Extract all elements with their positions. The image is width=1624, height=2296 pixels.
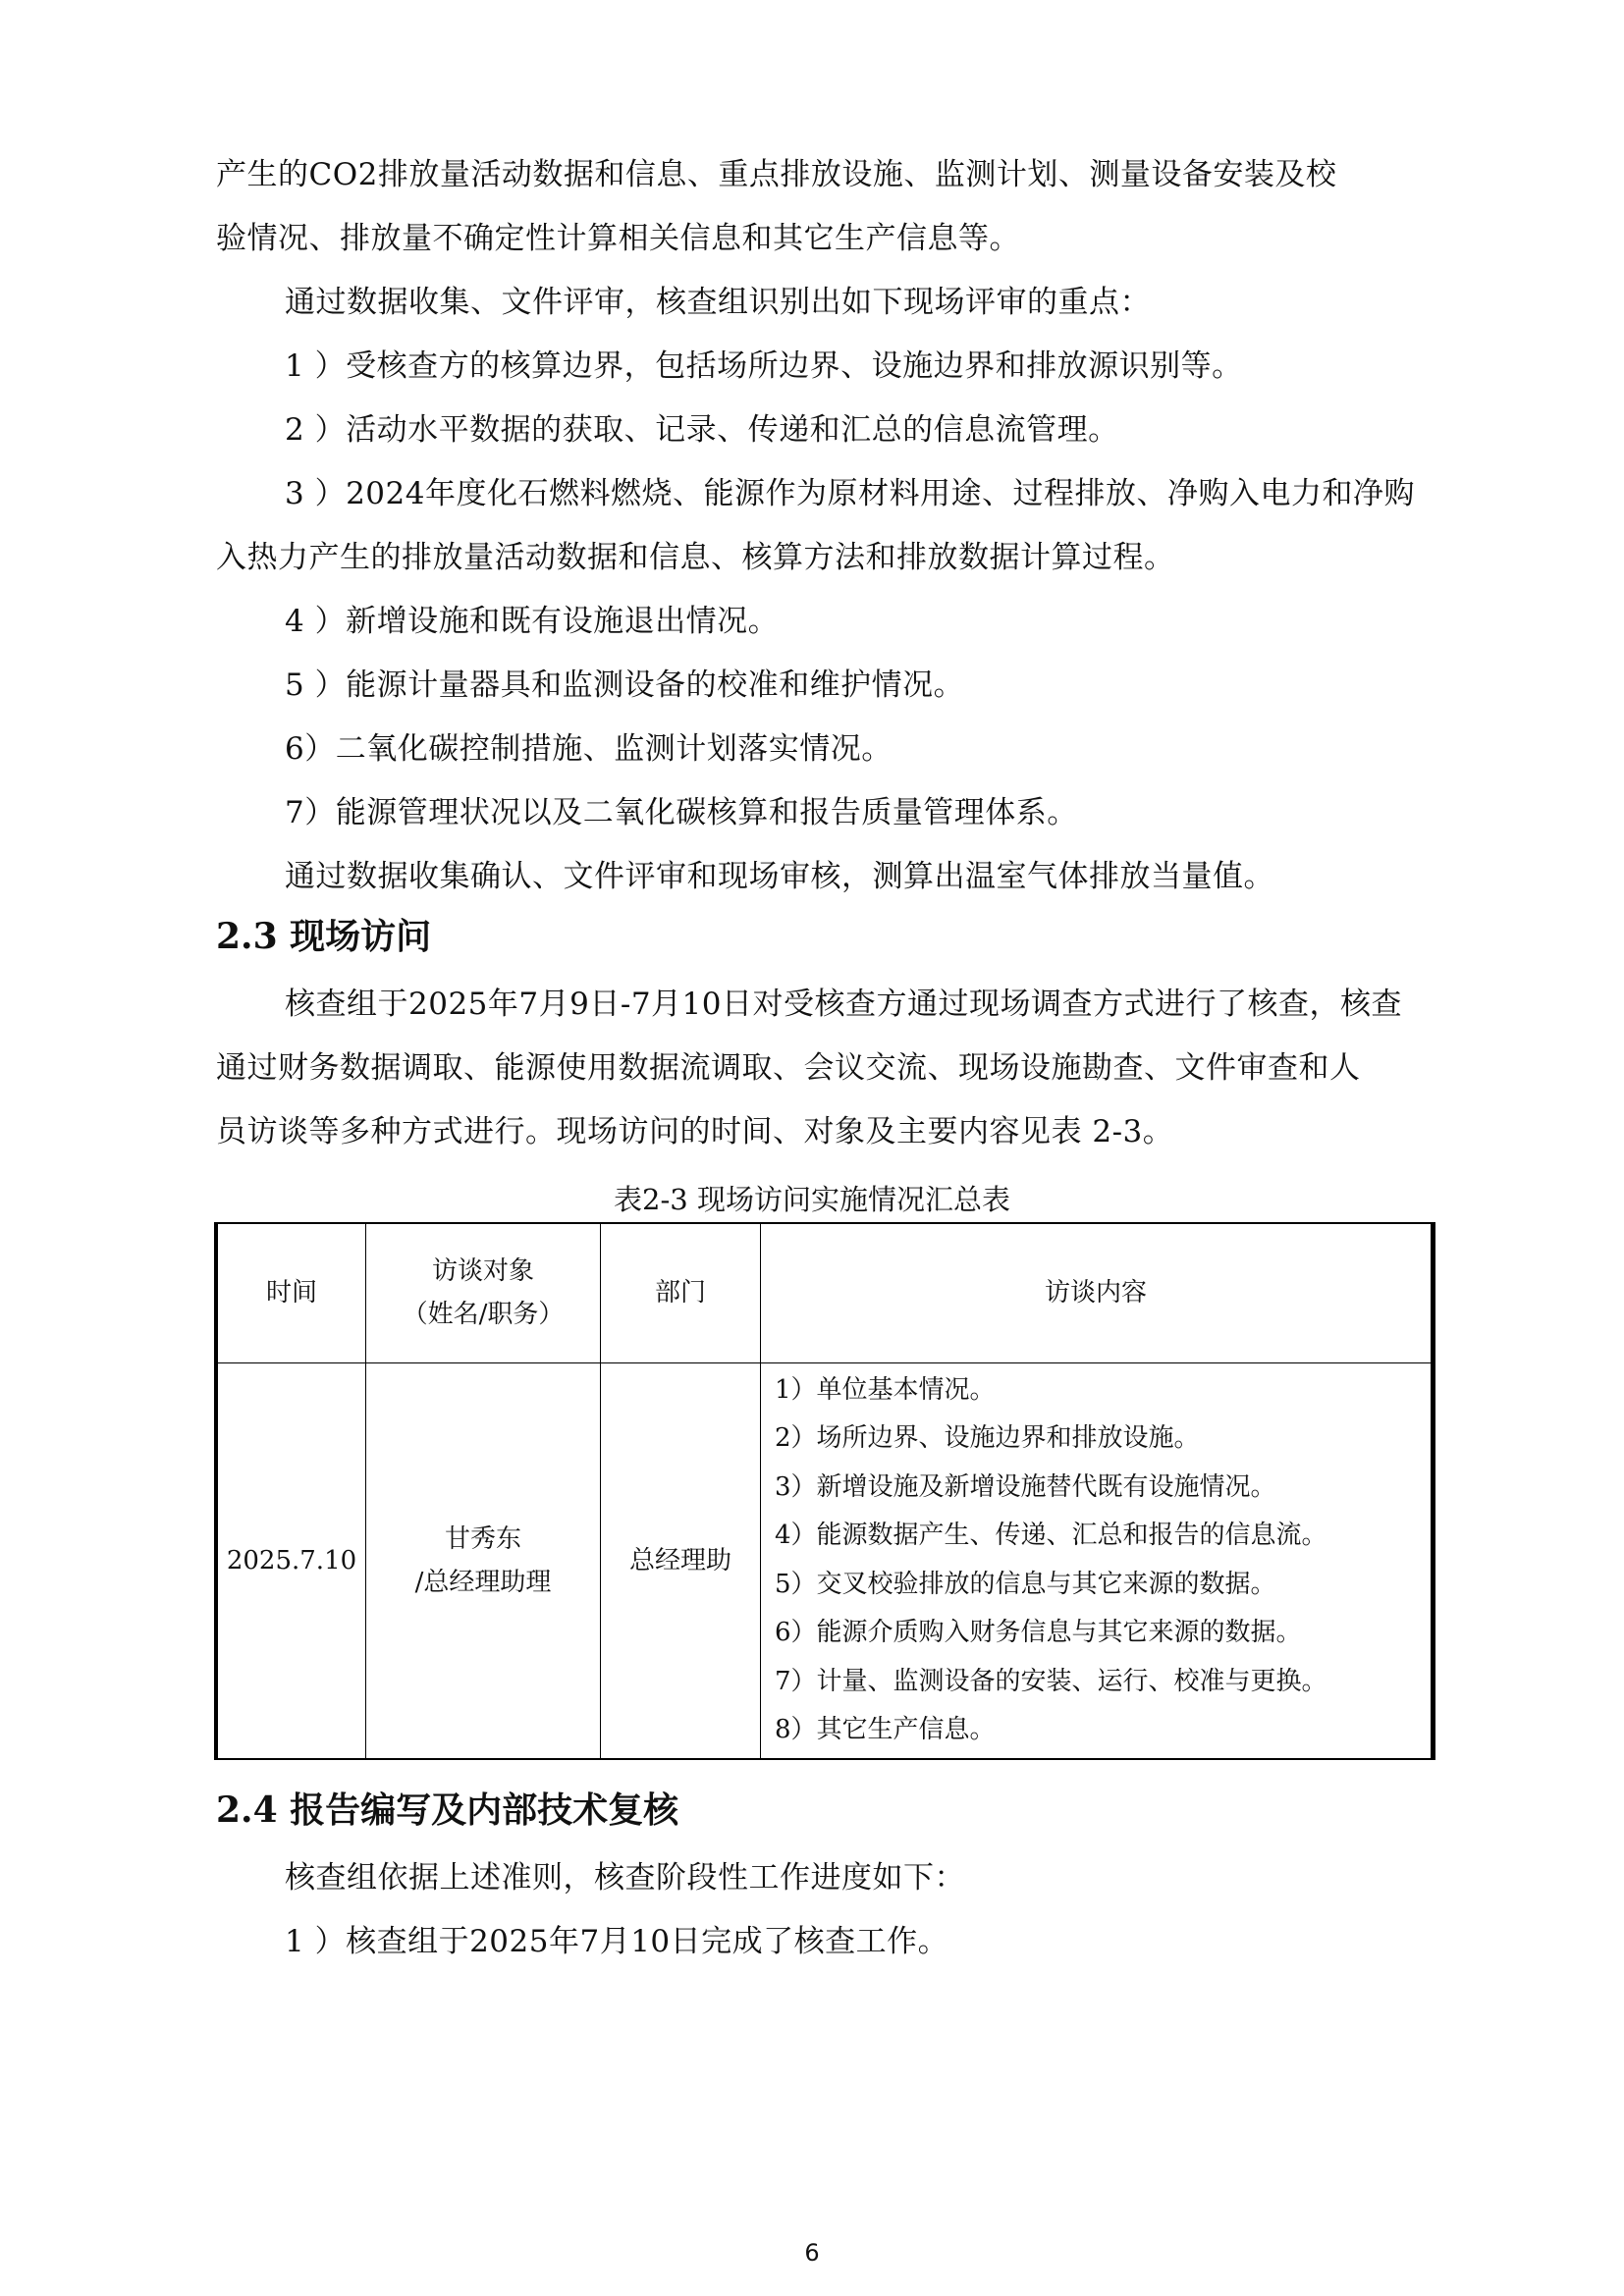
table-header-row: 时间 访谈对象 （姓名/职务） 部门 访谈内容 [216,1223,1434,1362]
time-value: 2025.7.10 [227,1546,356,1575]
interviewee-title: /总经理助理 [366,1561,600,1604]
section-heading: 2.4 报告编写及内部技术复核 [216,1789,678,1832]
list-item: 6）二氧化碳控制措施、监测计划落实情况。 [285,729,1502,769]
interviewee-name: 甘秀东 [366,1518,600,1561]
header-interviewee-label: 访谈对象 [366,1250,600,1293]
content-item: 7）计量、监测设备的安装、运行、校准与更换。 [775,1658,1431,1707]
paragraph-line: 通过数据收集确认、文件评审和现场审核，测算出温室气体排放当量值。 [285,857,1502,896]
site-visit-table: 时间 访谈对象 （姓名/职务） 部门 访谈内容 2025.7.10 甘秀东 /总… [214,1222,1435,1760]
paragraph-line: 产生的CO2排放量活动数据和信息、重点排放设施、监测计划、测量设备安装及校 [216,155,1434,194]
department-value: 总经理助 [629,1546,731,1575]
list-item: 1 ）受核查方的核算边界，包括场所边界、设施边界和排放源识别等。 [285,347,1502,386]
cell-department: 总经理助 [601,1362,761,1759]
section-heading: 2.3 现场访问 [216,915,431,958]
header-interviewee: 访谈对象 （姓名/职务） [366,1223,601,1362]
header-time: 时间 [216,1223,366,1362]
paragraph-line: 员访谈等多种方式进行。现场访问的时间、对象及主要内容见表 2-3。 [216,1112,1434,1151]
content-item: 5）交叉校验排放的信息与其它来源的数据。 [775,1561,1431,1610]
content-item: 3）新增设施及新增设施替代既有设施情况。 [775,1464,1431,1513]
list-item: 3 ）2024年度化石燃料燃烧、能源作为原材料用途、过程排放、净购入电力和净购 [285,474,1502,513]
paragraph-line: 核查组依据上述准则，核查阶段性工作进度如下： [285,1858,1502,1897]
page-number: 6 [0,2239,1624,2267]
list-item: 4 ）新增设施和既有设施退出情况。 [285,602,1502,641]
header-department-label: 部门 [655,1278,706,1308]
list-item: 7）能源管理状况以及二氧化碳核算和报告质量管理体系。 [285,793,1502,832]
content-item: 6）能源介质购入财务信息与其它来源的数据。 [775,1609,1431,1658]
header-interviewee-sub: （姓名/职务） [366,1293,600,1336]
cell-time: 2025.7.10 [216,1362,366,1759]
paragraph-line: 通过财务数据调取、能源使用数据流调取、会议交流、现场设施勘查、文件审查和人 [216,1048,1434,1088]
document-page: 产生的CO2排放量活动数据和信息、重点排放设施、监测计划、测量设备安装及校 验情… [0,0,1624,2296]
table-caption: 表2-3 现场访问实施情况汇总表 [0,1182,1624,1217]
paragraph-line: 入热力产生的排放量活动数据和信息、核算方法和排放数据计算过程。 [216,538,1434,577]
content-item: 8）其它生产信息。 [775,1706,1431,1755]
header-time-label: 时间 [266,1278,317,1308]
header-department: 部门 [601,1223,761,1362]
header-content: 访谈内容 [761,1223,1434,1362]
paragraph-line: 验情况、排放量不确定性计算相关信息和其它生产信息等。 [216,219,1434,258]
content-item: 2）场所边界、设施边界和排放设施。 [775,1415,1431,1464]
list-item: 1 ）核查组于2025年7月10日完成了核查工作。 [285,1922,1502,1961]
list-item: 2 ）活动水平数据的获取、记录、传递和汇总的信息流管理。 [285,410,1502,450]
list-item: 5 ）能源计量器具和监测设备的校准和维护情况。 [285,666,1502,705]
content-item: 1）单位基本情况。 [775,1366,1431,1415]
cell-content: 1）单位基本情况。 2）场所边界、设施边界和排放设施。 3）新增设施及新增设施替… [761,1362,1434,1759]
cell-interviewee: 甘秀东 /总经理助理 [366,1362,601,1759]
header-content-label: 访谈内容 [1045,1278,1147,1308]
paragraph-line: 通过数据收集、文件评审，核查组识别出如下现场评审的重点： [285,283,1502,322]
content-item: 4）能源数据产生、传递、汇总和报告的信息流。 [775,1512,1431,1561]
table-row: 2025.7.10 甘秀东 /总经理助理 总经理助 1）单位基本情况。 2）场所… [216,1362,1434,1759]
paragraph-line: 核查组于2025年7月9日-7月10日对受核查方通过现场调查方式进行了核查，核查 [285,985,1502,1024]
